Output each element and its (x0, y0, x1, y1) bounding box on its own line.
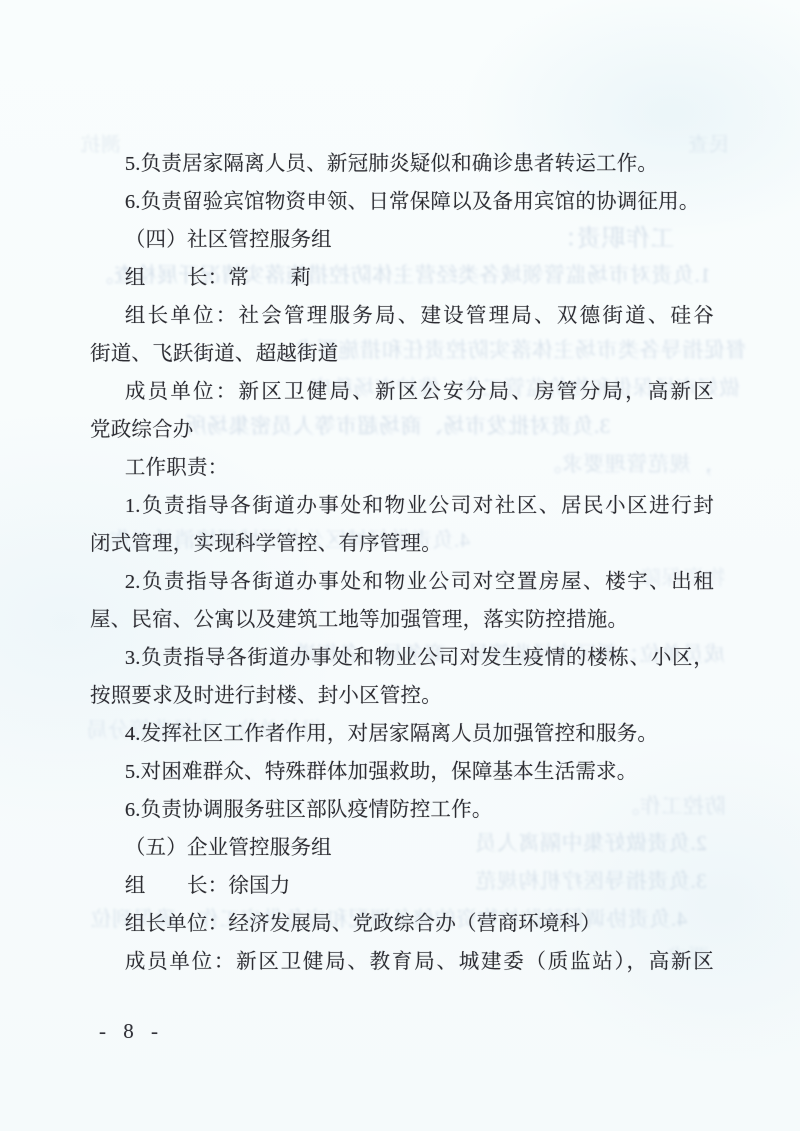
text-line: 6.负责留验宾馆物资申领、日常保障以及备用宾馆的协调征用。 (90, 183, 714, 221)
text-line: 组长单位：经济发展局、党政综合办（营商环境科） (90, 905, 714, 943)
text-line: 屋、民宿、公寓以及建筑工地等加强管理，落实防控措施。 (90, 601, 714, 639)
text-line: （五）企业管控服务组 (90, 829, 714, 867)
text-line: 街道、飞跃街道、超越街道 (90, 335, 714, 373)
text-line: 按照要求及时进行封楼、封小区管控。 (90, 677, 714, 715)
scanned-document-page: 测抗民查工作职责：1.负责对市场监管领域各类经营主体防控措施落实情况开展检查。督… (0, 0, 800, 1131)
text-line: 4.发挥社区工作者作用，对居家隔离人员加强管控和服务。 (90, 715, 714, 753)
text-line: 5.负责居家隔离人员、新冠肺炎疑似和确诊患者转运工作。 (90, 145, 714, 183)
text-line: 2.负责指导各街道办事处和物业公司对空置房屋、楼宇、出租 (90, 563, 714, 601)
text-line: 成员单位：新区卫健局、教育局、城建委（质监站），高新区 (90, 943, 714, 981)
text-line: 5.对困难群众、特殊群体加强救助，保障基本生活需求。 (90, 753, 714, 791)
page-number: - 8 - (99, 1019, 164, 1044)
text-line: 闭式管理，实现科学管控、有序管理。 (90, 525, 714, 563)
text-line: 6.负责协调服务驻区部队疫情防控工作。 (90, 791, 714, 829)
text-line: （四）社区管控服务组 (90, 221, 714, 259)
text-line: 成员单位：新区卫健局、新区公安分局、房管分局，高新区 (90, 373, 714, 411)
text-line: 工作职责： (90, 449, 714, 487)
document-body: 5.负责居家隔离人员、新冠肺炎疑似和确诊患者转运工作。6.负责留验宾馆物资申领、… (90, 145, 714, 981)
text-line: 组 长：常 莉 (90, 259, 714, 297)
text-line: 3.负责指导各街道办事处和物业公司对发生疫情的楼栋、小区， (90, 639, 714, 677)
text-line: 1.负责指导各街道办事处和物业公司对社区、居民小区进行封 (90, 487, 714, 525)
text-line: 组 长：徐国力 (90, 867, 714, 905)
text-line: 党政综合办 (90, 411, 714, 449)
text-line: 组长单位：社会管理服务局、建设管理局、双德街道、硅谷 (90, 297, 714, 335)
